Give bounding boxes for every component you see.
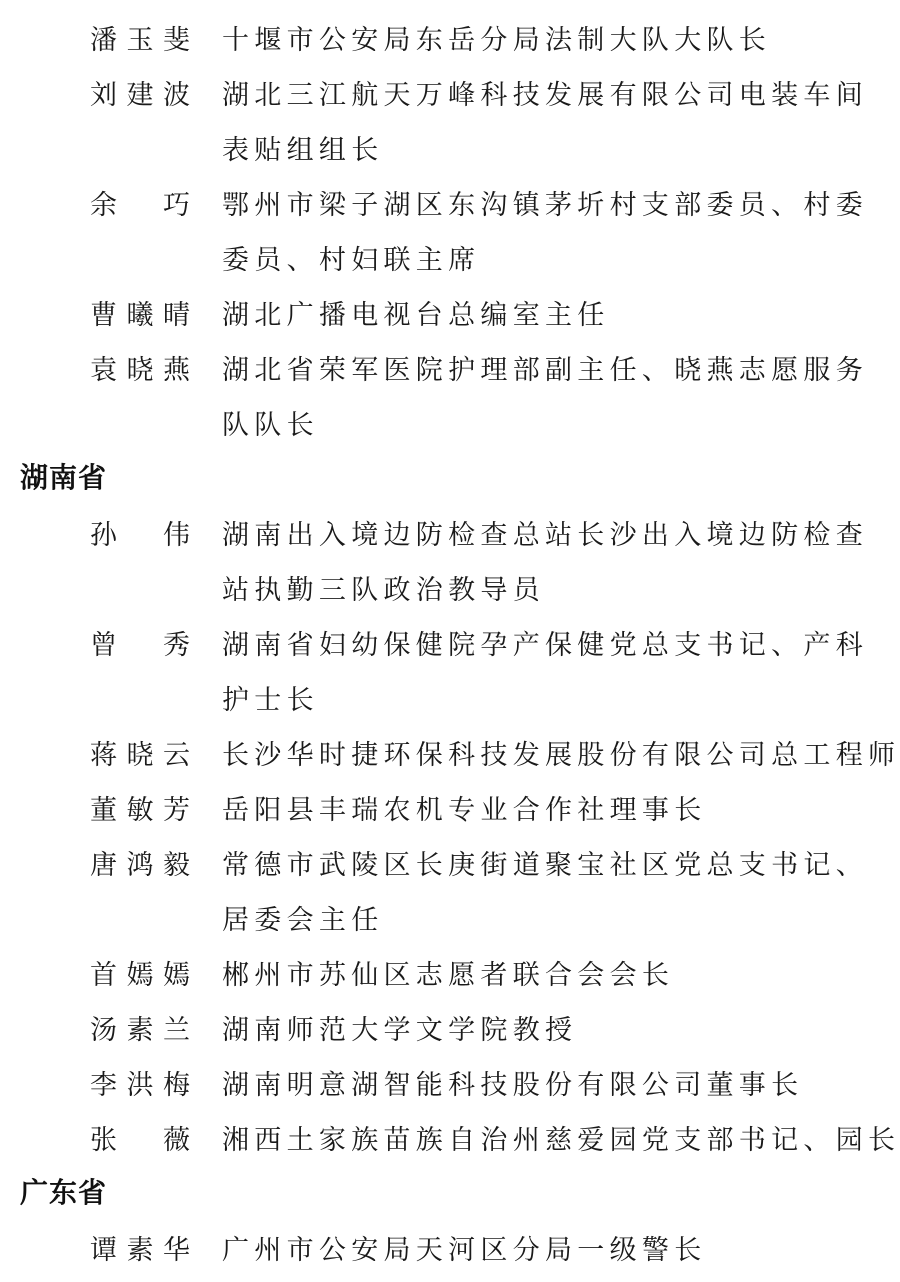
list-item: 曾秀湖南省妇幼保健院孕产保健党总支书记、产科 <box>0 615 900 670</box>
honoree-name: 董敏芳 <box>90 788 190 827</box>
honoree-title: 十堰市公安局东岳分局法制大队大队长 <box>222 18 771 57</box>
honoree-title: 湖南出入境边防检查总站长沙出入境边防检查 <box>222 513 868 552</box>
honoree-title: 湖北省荣军医院护理部副主任、晓燕志愿服务 <box>222 348 868 387</box>
list-item: 孙伟湖南出入境边防检查总站长沙出入境边防检查 <box>0 505 900 560</box>
honoree-title: 湖北广播电视台总编室主任 <box>222 293 610 332</box>
list-item: 委员、村妇联主席 <box>0 230 900 285</box>
province-heading: 湖南省 <box>20 456 107 496</box>
honoree-name: 首嫣嫣 <box>90 953 190 992</box>
honoree-title: 湖南明意湖智能科技股份有限公司董事长 <box>222 1063 803 1102</box>
list-item: 唐鸿毅常德市武陵区长庚街道聚宝社区党总支书记、 <box>0 835 900 890</box>
honoree-name: 袁晓燕 <box>90 348 190 387</box>
list-item: 护士长 <box>0 670 900 725</box>
honoree-name: 曾秀 <box>90 623 190 662</box>
list-item: 蒋晓云长沙华时捷环保科技发展股份有限公司总工程师 <box>0 725 900 780</box>
list-item: 曹曦晴湖北广播电视台总编室主任 <box>0 285 900 340</box>
honoree-title: 护士长 <box>222 678 319 717</box>
honoree-list-document: 潘玉斐十堰市公安局东岳分局法制大队大队长刘建波湖北三江航天万峰科技发展有限公司电… <box>0 10 900 1275</box>
list-item: 汤素兰湖南师范大学文学院教授 <box>0 1000 900 1055</box>
honoree-title: 站执勤三队政治教导员 <box>222 568 545 607</box>
honoree-title: 长沙华时捷环保科技发展股份有限公司总工程师 <box>222 733 900 772</box>
honoree-name: 蒋晓云 <box>90 733 190 772</box>
list-item: 首嫣嫣郴州市苏仙区志愿者联合会会长 <box>0 945 900 1000</box>
honoree-name: 张薇 <box>90 1118 190 1157</box>
honoree-name: 余巧 <box>90 183 190 222</box>
honoree-title: 表贴组组长 <box>222 128 384 167</box>
list-item: 刘建波湖北三江航天万峰科技发展有限公司电装车间 <box>0 65 900 120</box>
honoree-title: 湖北三江航天万峰科技发展有限公司电装车间 <box>222 73 868 112</box>
honoree-title: 常德市武陵区长庚街道聚宝社区党总支书记、 <box>222 843 868 882</box>
honoree-name: 曹曦晴 <box>90 293 190 332</box>
list-item: 潘玉斐十堰市公安局东岳分局法制大队大队长 <box>0 10 900 65</box>
province-heading: 广东省 <box>20 1171 107 1211</box>
list-item: 张薇湘西土家族苗族自治州慈爱园党支部书记、园长 <box>0 1110 900 1165</box>
honoree-title: 队队长 <box>222 403 319 442</box>
list-item: 袁晓燕湖北省荣军医院护理部副主任、晓燕志愿服务 <box>0 340 900 395</box>
list-item: 谭素华广州市公安局天河区分局一级警长 <box>0 1220 900 1275</box>
honoree-title: 居委会主任 <box>222 898 384 937</box>
list-item: 余巧鄂州市梁子湖区东沟镇茅圻村支部委员、村委 <box>0 175 900 230</box>
honoree-name: 孙伟 <box>90 513 190 552</box>
list-item: 队队长 <box>0 395 900 450</box>
honoree-title: 湖南省妇幼保健院孕产保健党总支书记、产科 <box>222 623 868 662</box>
honoree-title: 鄂州市梁子湖区东沟镇茅圻村支部委员、村委 <box>222 183 868 222</box>
honoree-name: 潘玉斐 <box>90 18 190 57</box>
list-item: 董敏芳岳阳县丰瑞农机专业合作社理事长 <box>0 780 900 835</box>
honoree-title: 岳阳县丰瑞农机专业合作社理事长 <box>222 788 707 827</box>
honoree-name: 谭素华 <box>90 1228 190 1267</box>
honoree-name: 唐鸿毅 <box>90 843 190 882</box>
list-item: 居委会主任 <box>0 890 900 945</box>
list-item: 李洪梅湖南明意湖智能科技股份有限公司董事长 <box>0 1055 900 1110</box>
honoree-title: 湖南师范大学文学院教授 <box>222 1008 577 1047</box>
honoree-name: 汤素兰 <box>90 1008 190 1047</box>
honoree-title: 湘西土家族苗族自治州慈爱园党支部书记、园长 <box>222 1118 900 1157</box>
honoree-title: 委员、村妇联主席 <box>222 238 480 277</box>
honoree-name: 李洪梅 <box>90 1063 190 1102</box>
province-heading-row: 湖南省 <box>0 450 900 505</box>
honoree-title: 郴州市苏仙区志愿者联合会会长 <box>222 953 674 992</box>
honoree-title: 广州市公安局天河区分局一级警长 <box>222 1228 707 1267</box>
honoree-name: 刘建波 <box>90 73 190 112</box>
list-item: 站执勤三队政治教导员 <box>0 560 900 615</box>
province-heading-row: 广东省 <box>0 1165 900 1220</box>
list-item: 表贴组组长 <box>0 120 900 175</box>
